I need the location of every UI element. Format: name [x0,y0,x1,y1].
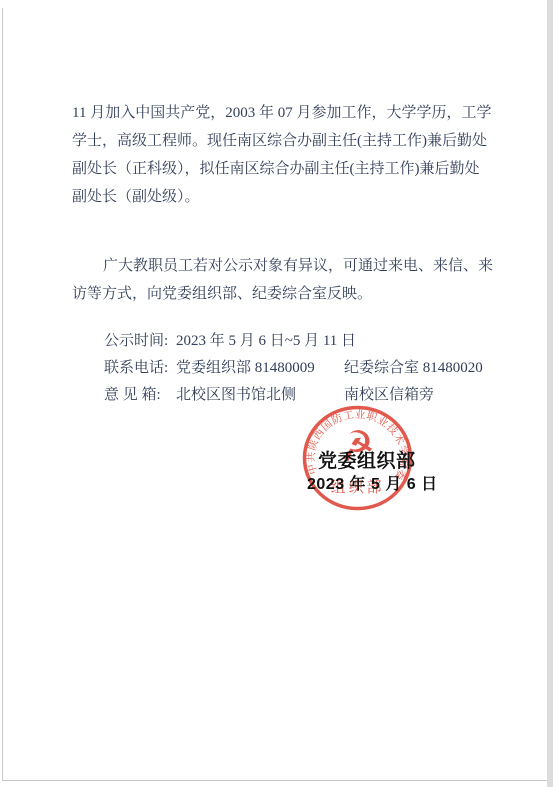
objection-line: 访等方式，向党委组织部、纪委综合室反映。 [72,280,497,308]
signature-date: 2023 年 5 月 6 日 [307,474,438,496]
contact-block: 公示时间: 2023 年 5 月 6 日~5 月 11 日 联系电话: 党委组织… [104,328,483,409]
objection-line: 广大教职员工若对公示对象有异议，可通过来电、来信、来 [72,252,497,280]
contact-label: 公示时间: [104,328,176,355]
page-edge-left [2,8,3,781]
contact-label: 意 见 箱: [104,382,176,409]
contact-value: 2023 年 5 月 6 日~5 月 11 日 [176,328,356,355]
bio-paragraph: 11 月加入中国共产党，2003 年 07 月参加工作，大学学历，工学 学士，高… [72,99,497,211]
bio-line: 学士，高级工程师。现任南区综合办副主任(主持工作)兼后勤处 [72,127,497,155]
contact-row-suggestion-box: 意 见 箱: 北校区图书馆北侧 南校区信箱旁 [104,382,483,409]
page-edge-bottom [2,780,547,781]
signature-org: 党委组织部 [318,450,416,474]
bio-line: 副处长（副处级）。 [72,183,497,211]
bio-line: 副处长（正科级），拟任南区综合办副主任(主持工作)兼后勤处 [72,155,497,183]
scanned-notice-page: { "colors": { "body_text": "#333f58", "s… [0,0,559,787]
bio-line: 11 月加入中国共产党，2003 年 07 月参加工作，大学学历，工学 [72,99,497,127]
contact-row-publicity-time: 公示时间: 2023 年 5 月 6 日~5 月 11 日 [104,328,483,355]
page-edge-right [547,0,553,787]
objection-paragraph: 广大教职员工若对公示对象有异议，可通过来电、来信、来 访等方式，向党委组织部、纪… [72,252,497,308]
contact-value: 纪委综合室 81480020 [344,355,483,382]
contact-value: 党委组织部 81480009 [176,355,344,382]
contact-label: 联系电话: [104,355,176,382]
contact-row-phone: 联系电话: 党委组织部 81480009 纪委综合室 81480020 [104,355,483,382]
